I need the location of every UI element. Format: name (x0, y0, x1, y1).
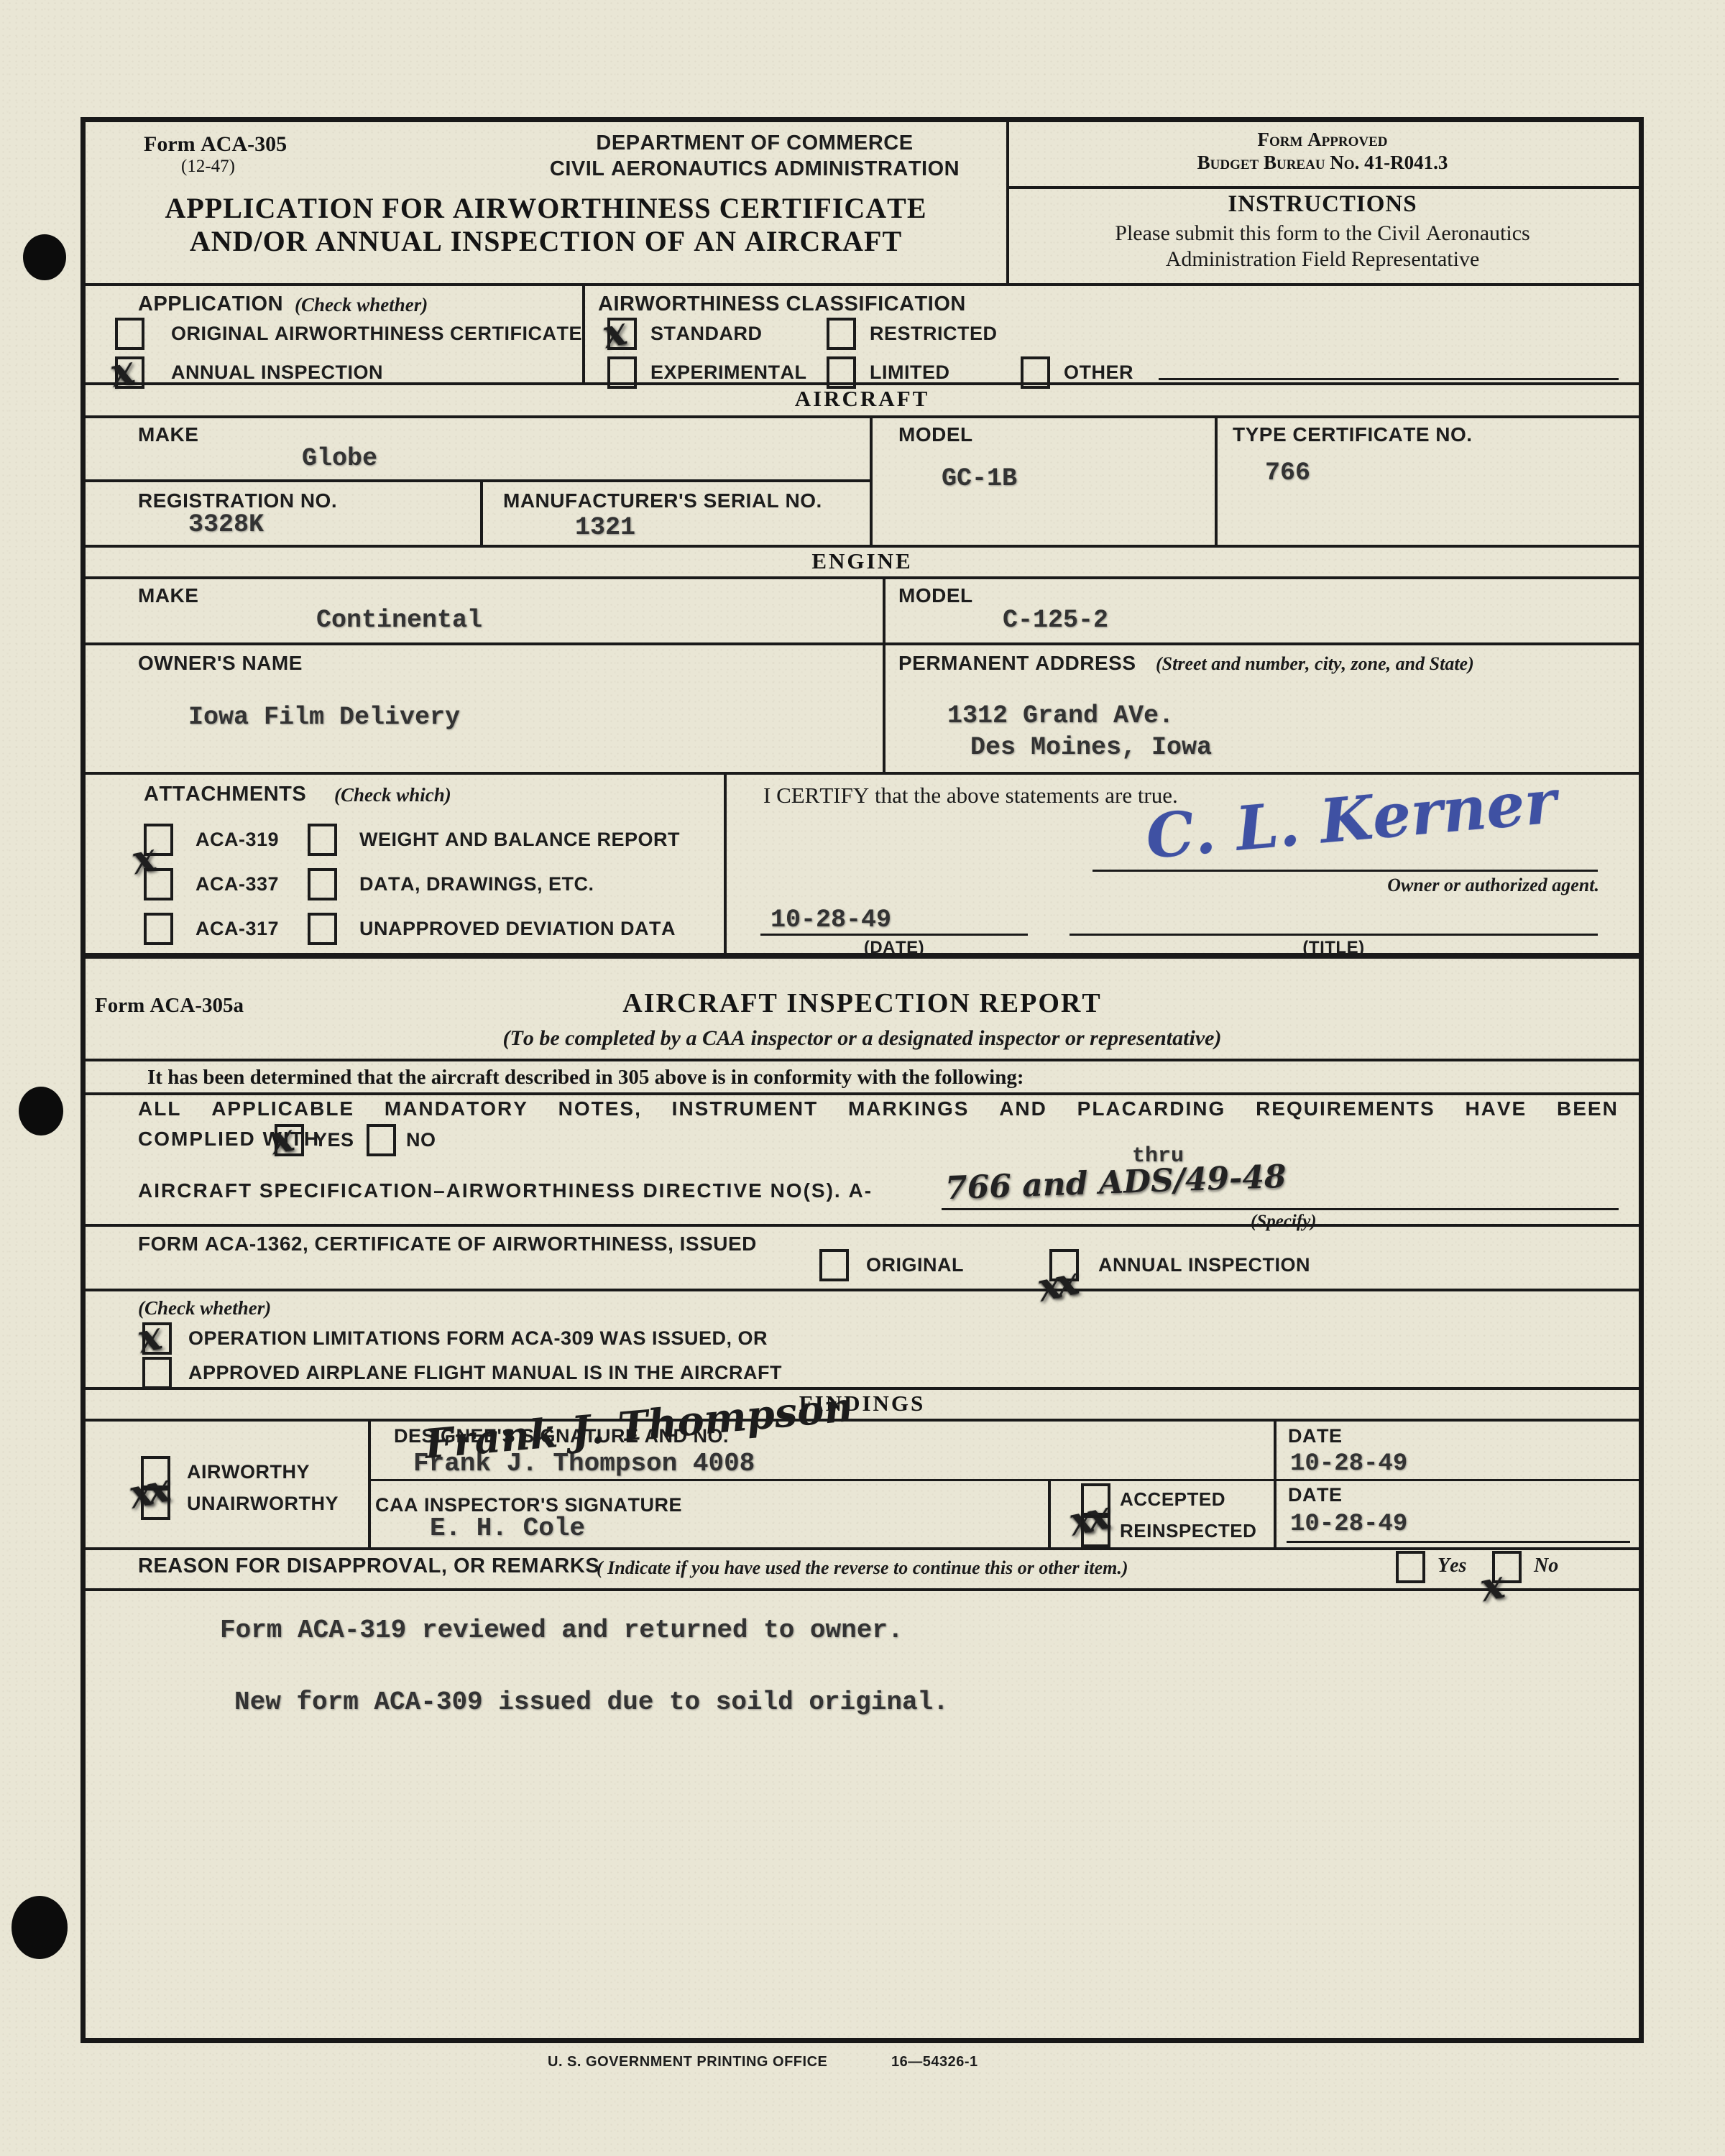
limited-label: LIMITED (870, 362, 950, 384)
determination-text: It has been determined that the aircraft… (147, 1067, 1024, 1089)
aircraft-section-title: AIRCRAFT (86, 387, 1639, 411)
application-label: APPLICATION (138, 293, 283, 316)
date-line (1287, 1541, 1630, 1543)
remarks-line1: Form ACA-319 reviewed and returned to ow… (220, 1617, 903, 1644)
divider (368, 1479, 1639, 1481)
divider (883, 576, 885, 772)
registration-label: REGISTRATION NO. (138, 490, 337, 512)
checkbox-annual-inspection: x (115, 356, 144, 389)
divider (86, 576, 1639, 579)
aircraft-make-label: MAKE (138, 424, 198, 446)
operation-limitations-label: OPERATION LIMITATIONS FORM ACA-309 WAS I… (188, 1328, 768, 1350)
divider (86, 772, 1639, 775)
airworthy-label: AIRWORTHY (187, 1462, 310, 1483)
other-label: OTHER (1064, 362, 1133, 384)
footer-printer: U. S. GOVERNMENT PRINTING OFFICE (548, 2054, 827, 2070)
divider (86, 415, 1639, 418)
registration-value: 3328K (188, 512, 264, 538)
address-line1: 1312 Grand AVe. (947, 703, 1174, 729)
checkbox-reverse-no: x (1492, 1551, 1522, 1583)
aircraft-model-label: MODEL (898, 424, 973, 446)
aircraft-make-value: Globe (302, 446, 377, 472)
reverse-yes-label: Yes (1437, 1555, 1466, 1577)
divider (86, 1224, 1639, 1227)
inspection-title: AIRCRAFT INSPECTION REPORT (86, 989, 1639, 1019)
divider (86, 1547, 1639, 1550)
aircraft-model-value: GC-1B (942, 466, 1017, 492)
original-airworthiness-label: ORIGINAL AIRWORTHINESS CERTIFICATE (171, 323, 582, 345)
checkbox-reverse-yes (1396, 1551, 1425, 1583)
divider (870, 415, 873, 545)
findings-date1-value: 10-28-49 (1290, 1452, 1407, 1478)
application-hint: (Check whether) (295, 295, 428, 316)
checkbox-limited (827, 356, 856, 389)
compliance-text-line1: ALL APPLICABLE MANDATORY NOTES, INSTRUME… (138, 1098, 1619, 1120)
flight-manual-label: APPROVED AIRPLANE FLIGHT MANUAL IS IN TH… (188, 1363, 782, 1384)
checkbox-complied-no (367, 1124, 396, 1156)
weight-balance-label: WEIGHT AND BALANCE REPORT (359, 829, 680, 851)
engine-make-value: Continental (316, 607, 482, 634)
cofa-original-label: ORIGINAL (866, 1255, 964, 1276)
form-revision: (12-47) (181, 157, 235, 177)
form-number: Form ACA-305 (144, 132, 287, 156)
checkbox-data-drawings (308, 868, 337, 900)
title-caption: (TITLE) (1069, 939, 1598, 957)
type-certificate-value: 766 (1265, 460, 1310, 487)
classification-label: AIRWORTHINESS CLASSIFICATION (598, 293, 966, 316)
divider (86, 1092, 1639, 1095)
permanent-address-label: PERMANENT ADDRESS (898, 653, 1136, 675)
checkbox-aca-319: x (144, 824, 173, 856)
divider (480, 479, 483, 545)
annual-inspection-label: ANNUAL INSPECTION (171, 362, 383, 384)
remarks-line2: New form ACA-309 issued due to soild ori… (234, 1689, 949, 1716)
checkbox-restricted (827, 318, 856, 350)
checkbox-original-airworthiness (115, 318, 144, 350)
divider (724, 772, 727, 953)
owner-name-value: Iowa Film Delivery (188, 704, 460, 731)
aca-337-label: ACA-337 (195, 874, 279, 895)
other-blank-line (1159, 378, 1619, 380)
divider (1274, 1419, 1276, 1547)
footer-print-code: 16—54326-1 (891, 2054, 978, 2070)
permanent-address-hint: (Street and number, city, zone, and Stat… (1156, 654, 1474, 675)
owner-signature-caption: Owner or authorized agent. (1222, 875, 1599, 896)
divider (86, 1588, 1639, 1591)
checkbox-experimental (607, 356, 637, 389)
serial-label: MANUFACTURER'S SERIAL NO. (503, 490, 822, 512)
punch-hole-icon (23, 234, 66, 280)
divider (86, 1059, 1639, 1061)
engine-make-label: MAKE (138, 585, 198, 607)
reverse-no-label: No (1534, 1555, 1558, 1577)
type-certificate-label: TYPE CERTIFICATE NO. (1233, 424, 1473, 446)
checkbox-reinspected (1081, 1515, 1110, 1547)
certification-date-value: 10-28-49 (770, 907, 891, 934)
checkbox-complied-yes: x (275, 1124, 304, 1156)
reason-hint: ( Indicate if you have used the reverse … (597, 1558, 1128, 1579)
engine-model-value: C-125-2 (1003, 607, 1108, 634)
certify-statement: I CERTIFY that the above statements are … (763, 783, 1178, 808)
checkbox-other (1021, 356, 1050, 389)
owner-name-label: OWNER'S NAME (138, 653, 303, 675)
attachments-hint: (Check which) (334, 785, 451, 806)
aca-319-label: ACA-319 (195, 829, 279, 851)
check-whether-hint: (Check whether) (138, 1298, 271, 1319)
checkbox-aca-337 (144, 868, 173, 900)
divider (86, 642, 1639, 645)
experimental-label: EXPERIMENTAL (650, 362, 807, 384)
divider (1048, 1479, 1051, 1547)
divider (86, 1289, 1639, 1291)
checkbox-cofa-annual: xx (1049, 1249, 1079, 1281)
instructions-line2: Administration Field Representative (1006, 247, 1639, 271)
findings-section-title: FINDINGS (86, 1391, 1639, 1416)
checkbox-accepted: xx (1081, 1483, 1110, 1516)
aca-317-label: ACA-317 (195, 918, 279, 940)
spec-directive-label: AIRCRAFT SPECIFICATION–AIRWORTHINESS DIR… (138, 1180, 873, 1202)
caa-inspector-value: E. H. Cole (430, 1515, 585, 1542)
checkbox-unairworthy (141, 1488, 170, 1520)
cofa-label: FORM ACA-1362, CERTIFICATE OF AIRWORTHIN… (138, 1233, 757, 1256)
divider (1215, 415, 1218, 545)
restricted-label: RESTRICTED (870, 323, 998, 345)
reinspected-label: REINSPECTED (1120, 1521, 1256, 1542)
checkbox-airworthy: xx (141, 1456, 170, 1488)
data-drawings-label: DATA, DRAWINGS, ETC. (359, 874, 594, 895)
cofa-annual-label: ANNUAL INSPECTION (1098, 1255, 1310, 1276)
divider (86, 1387, 1639, 1390)
address-line2: Des Moines, Iowa (970, 734, 1212, 761)
form-approved-line1: Form Approved (1006, 129, 1639, 151)
form-approved-line2: Budget Bureau No. 41-R041.3 (1006, 152, 1639, 174)
accepted-label: ACCEPTED (1120, 1489, 1225, 1510)
divider (582, 283, 585, 382)
checkbox-operation-limitations: x (142, 1322, 172, 1355)
serial-value: 1321 (575, 515, 635, 541)
specify-caption: (Specify) (1251, 1212, 1317, 1232)
punch-hole-icon (19, 1087, 63, 1135)
instructions-title: INSTRUCTIONS (1006, 191, 1639, 217)
attachments-label: ATTACHMENTS (144, 783, 306, 806)
standard-label: STANDARD (650, 323, 763, 345)
complied-yes-label: YES (314, 1130, 354, 1151)
title-line (1069, 934, 1598, 936)
findings-date2-label: DATE (1288, 1485, 1343, 1506)
divider (368, 1419, 371, 1547)
checkbox-cofa-original (819, 1249, 849, 1281)
punch-hole-icon (11, 1896, 68, 1959)
department-line2: CIVIL AERONAUTICS ADMINISTRATION (431, 158, 1078, 181)
findings-date2-value: 10-28-49 (1290, 1512, 1407, 1538)
reason-label: REASON FOR DISAPPROVAL, OR REMARKS (138, 1555, 599, 1578)
form-title-line1: APPLICATION FOR AIRWORTHINESS CERTIFICAT… (86, 193, 1006, 224)
engine-section-title: ENGINE (86, 549, 1639, 573)
divider (86, 545, 1639, 548)
checkbox-standard: x (607, 318, 637, 350)
unairworthy-label: UNAIRWORTHY (187, 1493, 339, 1515)
unapproved-deviation-label: UNAPPROVED DEVIATION DATA (359, 918, 676, 940)
form-title-line2: AND/OR ANNUAL INSPECTION OF AN AIRCRAFT (86, 226, 1006, 257)
inspection-subtitle: (To be completed by a CAA inspector or a… (86, 1026, 1639, 1050)
engine-model-label: MODEL (898, 585, 973, 607)
findings-date1-label: DATE (1288, 1426, 1343, 1447)
checkbox-aca-317 (144, 913, 173, 945)
checkmark: xx (1034, 1262, 1077, 1307)
divider (86, 479, 870, 482)
date-caption: (DATE) (760, 939, 1028, 957)
divider (1006, 186, 1639, 189)
instructions-line1: Please submit this form to the Civil Aer… (1006, 221, 1639, 245)
checkbox-unapproved-deviation (308, 913, 337, 945)
complied-no-label: NO (406, 1130, 436, 1151)
scanned-form-page: Form ACA-305 (12-47) DEPARTMENT OF COMME… (0, 0, 1725, 2156)
divider (86, 283, 1639, 286)
checkbox-flight-manual (142, 1357, 172, 1389)
checkbox-weight-balance (308, 824, 337, 856)
divider (86, 1419, 1639, 1422)
department-line1: DEPARTMENT OF COMMERCE (431, 132, 1078, 155)
specify-line (942, 1208, 1619, 1210)
